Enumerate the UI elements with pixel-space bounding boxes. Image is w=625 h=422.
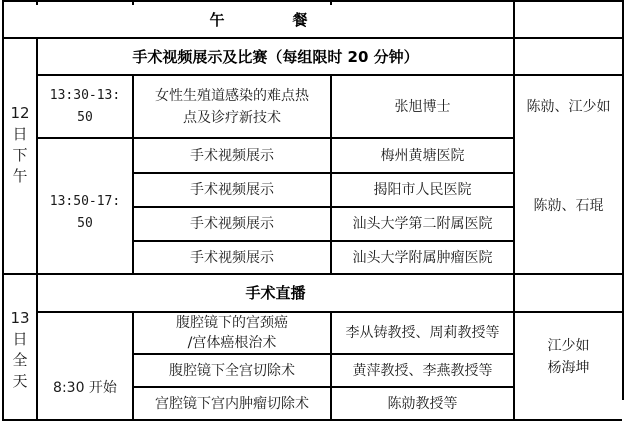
day13-time: 8:30 开始 [38,313,132,419]
day13-section-title: 手术直播 [38,275,513,311]
day12-section-title: 手术视频展示及比赛（每组限时 20 分钟） [38,39,513,74]
live-row-topic: 腹腔镜下全宫切除术 [134,355,330,386]
live-row-presenter: 黄萍教授、李燕教授等 [332,355,513,386]
video-block-time: 13:50-17: 50 [38,139,132,273]
grid-line [2,419,622,421]
day12-date: 12 日 下 午 [4,75,36,273]
lecture-topic: 女性生殖道感染的难点热 点及诊疗新技术 [134,76,330,137]
video-row-topic: 手术视频展示 [134,242,330,273]
live-row-topic: 腹腔镜下的宫颈癌 /宫体癌根治术 [134,313,330,353]
video-row-topic: 手术视频展示 [134,174,330,206]
video-row-presenter: 梅州黄塘医院 [332,139,513,172]
live-row-topic: 宫腔镜下宫内肿瘤切除术 [134,388,330,419]
lunch-label-right: 餐 [293,9,308,31]
lecture-chair: 陈勍、江少如 [515,76,622,137]
day13-date: 13 日 全 天 [4,275,36,419]
lecture-time: 13:30-13: 50 [38,76,132,137]
live-row-presenter: 陈勍教授等 [332,388,513,419]
video-row-presenter: 揭阳市人民医院 [332,174,513,206]
video-block-chair: 陈勍、石琨 [515,139,622,273]
live-row-presenter: 李从铸教授、周莉教授等 [332,313,513,353]
lunch-label-left: 午 [209,9,224,31]
lecture-speaker: 张旭博士 [332,76,513,137]
video-row-presenter: 汕头大学第二附属医院 [332,208,513,240]
video-row-topic: 手术视频展示 [134,139,330,172]
lunch-row: 午 餐 [4,2,513,37]
day13-chair: 江少如 杨海坤 [515,313,622,419]
video-row-presenter: 汕头大学附属肿瘤医院 [332,242,513,273]
grid-line [622,0,624,400]
video-row-topic: 手术视频展示 [134,208,330,240]
